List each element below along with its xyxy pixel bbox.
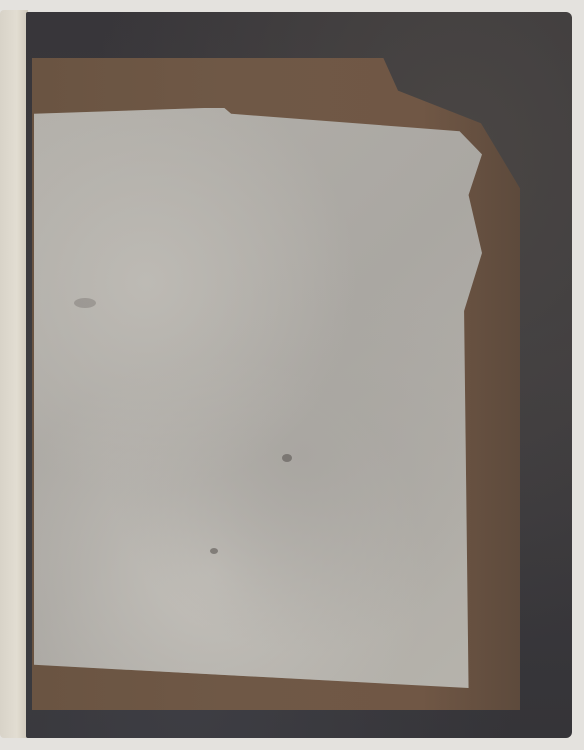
stain-spot xyxy=(282,454,292,462)
flyleaf-page xyxy=(0,10,28,738)
pasted-paper-panel xyxy=(34,108,482,688)
stain-spot xyxy=(210,548,218,554)
stain-spot xyxy=(74,298,96,308)
